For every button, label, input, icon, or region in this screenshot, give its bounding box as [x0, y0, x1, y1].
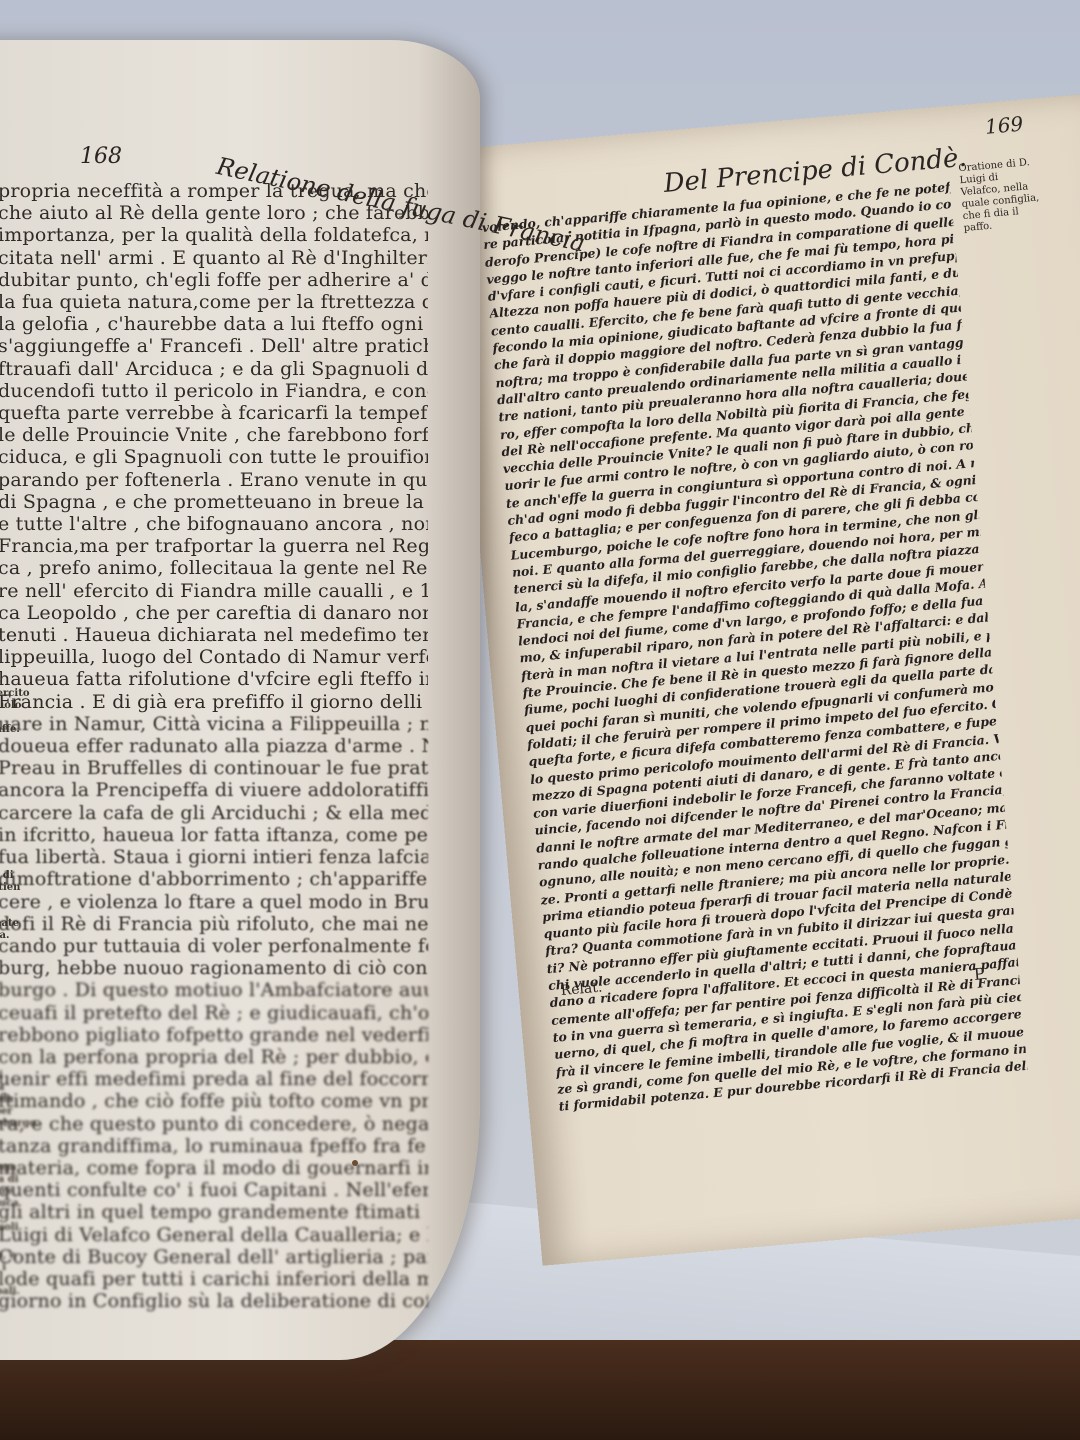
text-line: burg, hebbe nuouo ragionamento di ciò co… — [0, 957, 428, 979]
text-line: Francia . E di già era prefiffo il giorn… — [0, 691, 428, 713]
text-line: lode quafi per tutti i carichi inferiori… — [0, 1268, 428, 1290]
marginal-note: Signor di Preau tien viue le iftanze acc… — [0, 870, 26, 942]
text-line: dimoftratione d'abborrimento ; ch'appari… — [0, 868, 428, 890]
text-line: carcere la cafa de gli Arciduchi ; & ell… — [0, 802, 428, 824]
text-line: propria neceffità a romper la tregua, ma… — [0, 180, 428, 202]
text-line: materia, come fopra il modo di gouernarf… — [0, 1157, 428, 1179]
page-number: 169 — [984, 112, 1024, 139]
text-line: ftimando , che ciò foffe più tofto come … — [0, 1090, 428, 1112]
marginal-note: Oratione di D. Luigi di Velafco, nella q… — [958, 156, 1044, 235]
text-line: tanza grandiffima, lo ruminaua fpeffo fr… — [0, 1135, 428, 1157]
text-line: la fua quieta natura,come per la ftrette… — [0, 291, 428, 313]
text-line: uare in Namur, Città vicina a Filippeuil… — [0, 713, 428, 735]
text-line: tenuti . Haueua dichiarata nel medefimo … — [0, 624, 428, 646]
text-line: ca , prefo animo, follecitaua la gente n… — [0, 557, 428, 579]
text-line: dofi il Rè di Francia più rifoluto, che … — [0, 913, 428, 935]
left-page: 168 Relatione della fuga di Francia prop… — [0, 40, 480, 1360]
text-line: rebbono pigliato fofpetto grande nel ved… — [0, 1024, 428, 1046]
text-line: quefta parte verrebbe à fcaricarfi la te… — [0, 402, 428, 424]
right-page: 169 Del Prencipe di Condè. Oratione di D… — [445, 94, 1080, 1266]
text-line: ca Leopoldo , che per careftia di danaro… — [0, 602, 428, 624]
text-line: Preau in Bruffelles di continouar le fue… — [0, 757, 428, 779]
text-line: dubitar punto, ch'egli foffe per adherir… — [0, 269, 428, 291]
text-line: ftrauafi dall' Arciduca ; e da gli Spagn… — [0, 358, 428, 380]
text-line: ra, e che questo punto di concedere, ò n… — [0, 1113, 428, 1135]
marginal-note: Il Rè di Francia domanda paffo per Brand… — [0, 1070, 26, 1130]
text-line: ceuafi il pretefto del Rè ; e giudicauaf… — [0, 1002, 428, 1024]
text-line: che aiuto al Rè della gente loro ; che f… — [0, 202, 428, 224]
body-text: propria neceffità a romper la tregua, ma… — [0, 180, 428, 1312]
text-line: s'aggiungeffe a' Francefi . Dell' altre … — [0, 335, 428, 357]
text-line: doueua effer radunato alla piazza d'arme… — [0, 735, 428, 757]
text-line: lippeuilla, luogo del Contado di Namur v… — [0, 646, 428, 668]
text-line: la gelofia , c'haurebbe data a lui fteff… — [0, 313, 428, 335]
text-line: ancora la Prencipeffa di viuere addolora… — [0, 779, 428, 801]
text-line: di Spagna , e che prometteuano in breue … — [0, 491, 428, 513]
text-line: con la perfona propria del Rè ; per dubb… — [0, 1046, 428, 1068]
text-line: quenti confulte co' i fuoi Capitani . Ne… — [0, 1179, 428, 1201]
signature-mark: P — [973, 964, 985, 984]
text-line: Conte di Bucoy General dell' artiglieria… — [0, 1246, 428, 1268]
text-line: citata nell' armi . E quanto al Rè d'Ing… — [0, 247, 428, 269]
text-line: uenir effi medefimi preda al fine del fo… — [0, 1068, 428, 1090]
marginal-note: Piazza d'arme dell'efercito Spagnuolo do… — [0, 664, 26, 736]
text-line: e tutte l'altre , che bifognauano ancora… — [0, 513, 428, 535]
text-line: importanza, per la qualità della foldate… — [0, 224, 428, 246]
text-line: le delle Prouincie Vnite , che farebbono… — [0, 424, 428, 446]
text-line: re nell' efercito di Fiandra mille caual… — [0, 580, 428, 602]
text-line: ciduca, e gli Spagnuoli con tutte le pro… — [0, 446, 428, 468]
marginal-note: Se conuenga al Duca di piglia- re l'Arci… — [0, 1150, 26, 1234]
text-line: haueua fatta rifolutione d'vfcire egli f… — [0, 668, 428, 690]
text-line: fua libertà. Staua i giorni intieri fenz… — [0, 846, 428, 868]
text-line: parando per foftenerla . Erano venute in… — [0, 469, 428, 491]
page-number: 168 — [80, 144, 122, 169]
text-line: in ifcritto, haueua lor fatta iftanza, c… — [0, 824, 428, 846]
text-line: cere , e violenza lo ftare a quel modo i… — [0, 891, 428, 913]
text-line: gli altri in quel tempo grandemente ftim… — [0, 1201, 428, 1223]
text-line: Francia,ma per trafportar la guerra nel … — [0, 535, 428, 557]
text-line: cando pur tuttauia di voler perfonalment… — [0, 935, 428, 957]
text-line: Luigi di Velafco General della Caualleri… — [0, 1224, 428, 1246]
text-line: giorno in Configlio sù la deliberatione … — [0, 1290, 428, 1312]
text-line: ducendofi tutto il pericolo in Fiandra, … — [0, 380, 428, 402]
body-text: volendo, ch'appariffe chiaramente la fua… — [481, 178, 1028, 1115]
paper-stain — [352, 1160, 358, 1166]
text-line: burgo . Di questo motiuo l'Ambafciatore … — [0, 979, 428, 1001]
marginal-note: Velafco, e Bucoy, i più principali. — [0, 1250, 26, 1298]
